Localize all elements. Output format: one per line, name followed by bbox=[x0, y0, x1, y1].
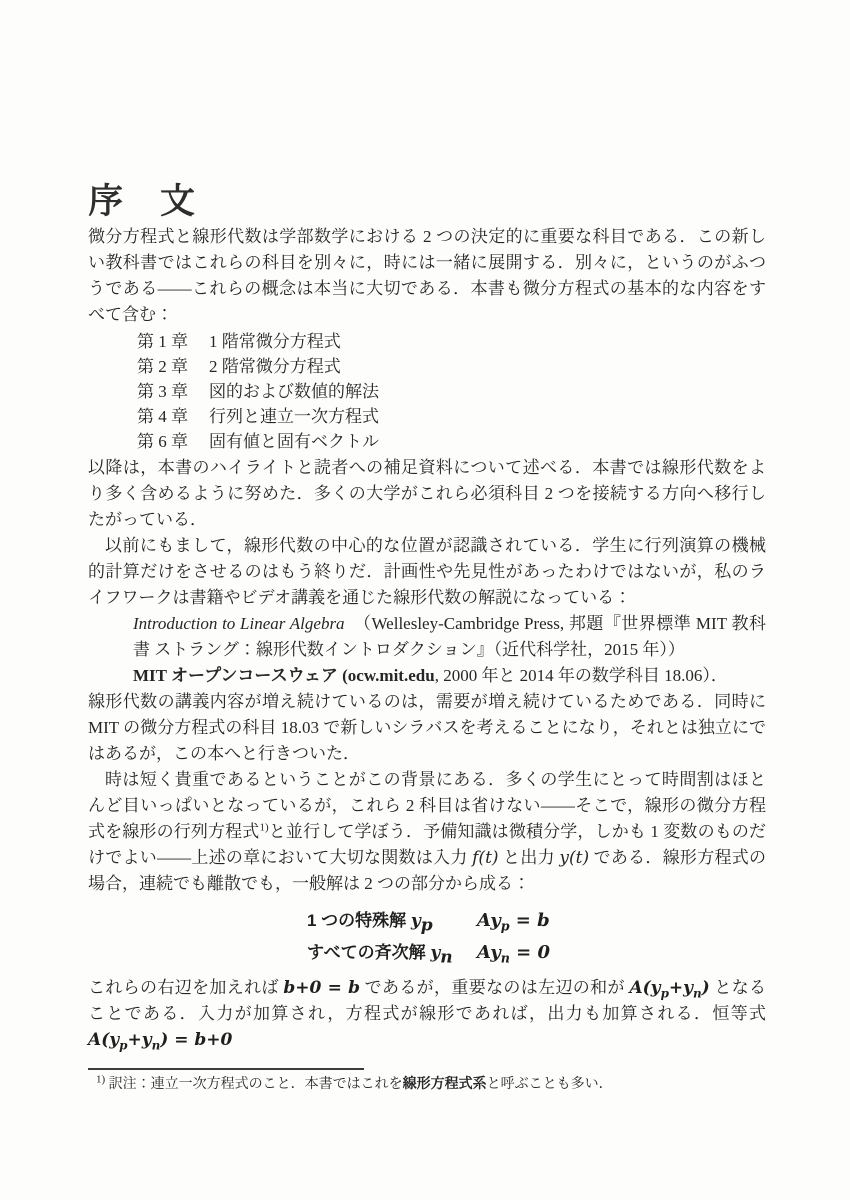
paragraph-courses: 線形代数の講義内容が増え続けているのは，需要が増え続けているためである．同時に … bbox=[88, 689, 766, 767]
chapter-number: 第 4 章 bbox=[137, 407, 188, 426]
equation-homogeneous: すべての斉次解 yn Ayn = 0 bbox=[307, 937, 766, 969]
paragraph-highlights: 以降は，本書のハイライトと読者への補足資料について述べる．本書では線形代数をより… bbox=[88, 455, 766, 533]
math-sub: p bbox=[421, 915, 433, 935]
equation-block: 1 つの特殊解 yp Ayp = b すべての斉次解 yn Ayn = 0 bbox=[307, 905, 766, 969]
label-text: すべての斉次解 bbox=[307, 943, 430, 962]
chapter-number: 第 6 章 bbox=[137, 432, 188, 451]
formula-sub: p bbox=[501, 919, 510, 934]
formula-text: +y bbox=[669, 978, 693, 998]
chapter-number: 第 2 章 bbox=[137, 357, 188, 376]
formula-sub: n bbox=[152, 1038, 161, 1052]
chapter-title: 行列と連立一次方程式 bbox=[209, 407, 379, 426]
math-sub: n bbox=[440, 947, 452, 967]
math-var: y bbox=[430, 943, 440, 963]
formula-sub: n bbox=[501, 951, 510, 966]
formula-text: +y bbox=[127, 1030, 151, 1050]
chapter-item: 第 6 章固有値と固有ベクトル bbox=[137, 429, 766, 454]
formula-text: A(y bbox=[88, 1030, 119, 1050]
page-title: 序 文 bbox=[88, 0, 766, 224]
equation-label: 1 つの特殊解 yp bbox=[307, 905, 477, 937]
equation-formula: Ayn = 0 bbox=[477, 937, 550, 969]
ocw-title: MIT オープンコースウェア (ocw.mit.edu bbox=[133, 666, 435, 685]
formula-text: ) = b+0 bbox=[160, 1030, 232, 1050]
chapter-item: 第 4 章行列と連立一次方程式 bbox=[137, 404, 766, 429]
footnote-divider bbox=[88, 1068, 364, 1070]
text-segment: であるが，重要なのは左辺の和が bbox=[360, 978, 629, 997]
equation-particular: 1 つの特殊解 yp Ayp = b bbox=[307, 905, 766, 937]
chapter-number: 第 3 章 bbox=[137, 382, 188, 401]
label-text: 1 つの特殊解 bbox=[307, 911, 411, 930]
reference-ocw: MIT オープンコースウェア (ocw.mit.edu, 2000 年と 201… bbox=[133, 663, 766, 689]
ocw-detail: , 2000 年と 2014 年の数学科目 18.06）． bbox=[435, 666, 728, 685]
chapter-title: 1 階常微分方程式 bbox=[209, 332, 341, 351]
text-segment: これらの右辺を加えれば bbox=[88, 978, 283, 997]
paragraph-intro: 微分方程式と線形代数は学部数学における 2 つの決定的に重要な科目である．この新… bbox=[88, 224, 766, 328]
math-var: y bbox=[411, 911, 421, 931]
reference-book: Introduction to Linear Algebra （Wellesle… bbox=[133, 611, 766, 663]
formula-text: = 0 bbox=[510, 942, 550, 963]
math-ft: f(t) bbox=[472, 848, 498, 868]
body-text: 微分方程式と線形代数は学部数学における 2 つの決定的に重要な科目である．この新… bbox=[88, 224, 766, 1095]
page-content: 序 文 微分方程式と線形代数は学部数学における 2 つの決定的に重要な科目である… bbox=[88, 0, 766, 1095]
reference-list: Introduction to Linear Algebra （Wellesle… bbox=[88, 611, 766, 689]
chapter-item: 第 2 章2 階常微分方程式 bbox=[137, 354, 766, 379]
equation-label: すべての斉次解 yn bbox=[307, 937, 477, 969]
math-identity: A(yp+yn) = b+0 bbox=[88, 1030, 232, 1050]
formula-sub: n bbox=[693, 986, 702, 1000]
chapter-title: 図的および数値的解法 bbox=[209, 382, 379, 401]
formula-sub: p bbox=[661, 986, 669, 1000]
footnote-bold-term: 線形方程式系 bbox=[403, 1077, 487, 1092]
formula-text: Ay bbox=[477, 910, 501, 931]
chapter-list: 第 1 章1 階常微分方程式 第 2 章2 階常微分方程式 第 3 章図的および… bbox=[88, 329, 766, 454]
formula-text: A(y bbox=[629, 978, 660, 998]
paragraph-linear-algebra: 以前にもまして，線形代数の中心的な位置が認識されている．学生に行列演算の機械的計… bbox=[88, 533, 766, 611]
formula-text: ) bbox=[702, 978, 710, 998]
chapter-title: 2 階常微分方程式 bbox=[209, 357, 341, 376]
footnote-reference: 1) bbox=[259, 821, 268, 833]
footnote-mark: 1) bbox=[96, 1073, 105, 1085]
formula-text: = b bbox=[510, 910, 550, 931]
math-yt: y(t) bbox=[559, 848, 589, 868]
text-segment: と出力 bbox=[499, 848, 560, 867]
chapter-item: 第 3 章図的および数値的解法 bbox=[137, 379, 766, 404]
formula-text: Ay bbox=[477, 942, 501, 963]
footnote-text: 訳注：連立一次方程式のこと．本書ではこれを bbox=[105, 1077, 403, 1092]
paragraph-superposition: これらの右辺を加えれば b+0 = b であるが，重要なのは左辺の和が A(yp… bbox=[88, 975, 766, 1053]
book-title: Introduction to Linear Algebra bbox=[133, 614, 345, 633]
chapter-number: 第 1 章 bbox=[137, 332, 188, 351]
math-b-plus-zero: b+0 = b bbox=[283, 978, 360, 998]
footnote-text: と呼ぶことも多い． bbox=[487, 1077, 613, 1092]
chapter-title: 固有値と固有ベクトル bbox=[209, 432, 379, 451]
chapter-item: 第 1 章1 階常微分方程式 bbox=[137, 329, 766, 354]
document-page: 序 文 微分方程式と線形代数は学部数学における 2 つの決定的に重要な科目である… bbox=[0, 0, 850, 1200]
paragraph-time: 時は短く貴重であるということがこの背景にある．多くの学生にとって時間割はほとんど… bbox=[88, 767, 766, 897]
math-sum: A(yp+yn) bbox=[629, 978, 709, 998]
footnote: 1) 訳注：連立一次方程式のこと．本書ではこれを線形方程式系と呼ぶことも多い． bbox=[88, 1075, 766, 1095]
equation-formula: Ayp = b bbox=[477, 905, 550, 937]
